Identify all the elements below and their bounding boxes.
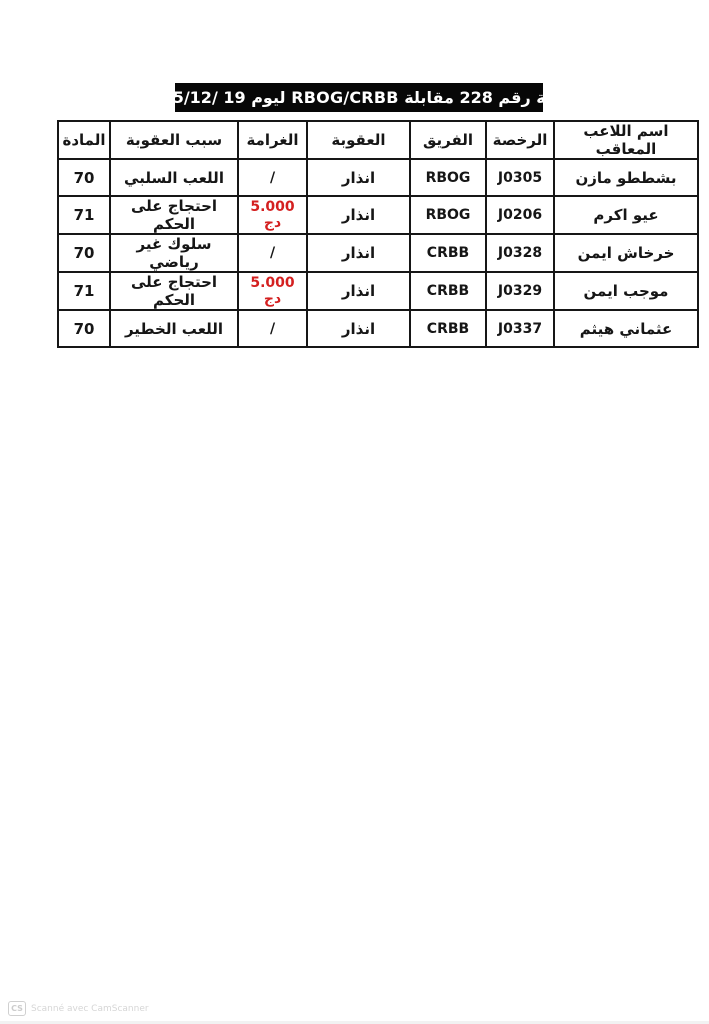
cell-team: RBOG [410,159,486,196]
case-title: قضية رقم 228 مقابلة RBOG/CRBB ليوم 19 /2… [139,88,578,107]
cell-name: خرخاش ايمن [554,234,698,272]
cell-name: موجب ايمن [554,272,698,310]
cell-penalty: انذار [307,159,410,196]
cell-name: بشططو مازن [554,159,698,196]
cell-article: 70 [58,310,110,347]
cell-fine: 5.000 دج [238,196,307,234]
camscanner-icon: CS [8,1001,26,1016]
scanned-document-page: قضية رقم 228 مقابلة RBOG/CRBB ليوم 19 /2… [0,0,709,1024]
cell-name: عثماني هيثم [554,310,698,347]
cell-fine: 5.000 دج [238,272,307,310]
header-license: الرخصة [486,121,554,159]
cell-license: J0329 [486,272,554,310]
cell-article: 70 [58,159,110,196]
cell-license: J0206 [486,196,554,234]
table-row: موجب ايمنJ0329CRBBانذار5.000 دجاحتجاج عل… [58,272,698,310]
cell-team: CRBB [410,234,486,272]
cell-reason: سلوك غير رياضي [110,234,238,272]
cell-team: RBOG [410,196,486,234]
cell-license: J0337 [486,310,554,347]
cell-name: عيو اكرم [554,196,698,234]
cell-fine: / [238,310,307,347]
cell-reason: اللعب الخطير [110,310,238,347]
table-row: بشططو مازنJ0305RBOGانذار/اللعب السلبي70 [58,159,698,196]
cell-article: 70 [58,234,110,272]
penalties-table: اسم اللاعب المعاقبالرخصةالفريقالعقوبةالغ… [57,120,699,348]
cell-reason: احتجاج على الحكم [110,196,238,234]
table-row: عيو اكرمJ0206RBOGانذار5.000 دجاحتجاج على… [58,196,698,234]
cell-reason: اللعب السلبي [110,159,238,196]
cell-penalty: انذار [307,196,410,234]
cell-penalty: انذار [307,272,410,310]
cell-fine: / [238,234,307,272]
camscanner-text: Scanné avec CamScanner [31,1004,149,1014]
table-row: خرخاش ايمنJ0328CRBBانذار/سلوك غير رياضي7… [58,234,698,272]
cell-team: CRBB [410,310,486,347]
header-reason: سبب العقوبة [110,121,238,159]
camscanner-watermark: CS Scanné avec CamScanner [8,1001,149,1016]
header-fine: الغرامة [238,121,307,159]
cell-license: J0328 [486,234,554,272]
case-title-bar: قضية رقم 228 مقابلة RBOG/CRBB ليوم 19 /2… [175,83,543,112]
header-team: الفريق [410,121,486,159]
cell-article: 71 [58,196,110,234]
table-row: عثماني هيثمJ0337CRBBانذار/اللعب الخطير70 [58,310,698,347]
header-name: اسم اللاعب المعاقب [554,121,698,159]
table-body: بشططو مازنJ0305RBOGانذار/اللعب السلبي70ع… [58,159,698,347]
table-header-row: اسم اللاعب المعاقبالرخصةالفريقالعقوبةالغ… [58,121,698,159]
header-article: المادة [58,121,110,159]
cell-license: J0305 [486,159,554,196]
table-head: اسم اللاعب المعاقبالرخصةالفريقالعقوبةالغ… [58,121,698,159]
cell-fine: / [238,159,307,196]
cell-team: CRBB [410,272,486,310]
cell-penalty: انذار [307,234,410,272]
cell-penalty: انذار [307,310,410,347]
cell-article: 71 [58,272,110,310]
header-penalty: العقوبة [307,121,410,159]
cell-reason: احتجاج على الحكم [110,272,238,310]
